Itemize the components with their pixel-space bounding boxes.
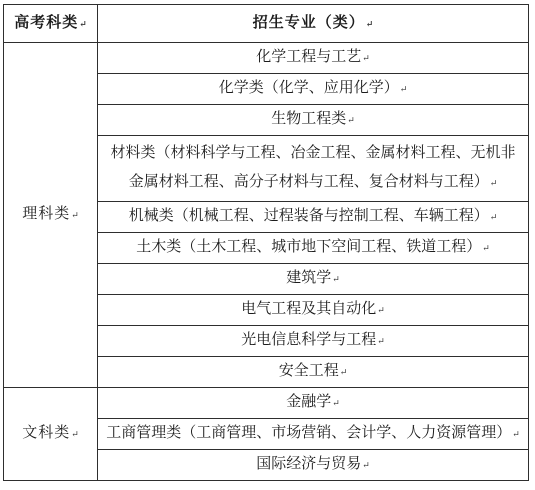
paragraph-mark-icon: ↵ xyxy=(400,84,408,94)
major-cell: 金融学↵ xyxy=(98,388,529,419)
major-text: 机械类（机械工程、过程装备与控制工程、车辆工程） xyxy=(129,208,489,224)
major-text-line2: 金属材料工程、高分子材料与工程、复合材料与工程） xyxy=(129,174,489,190)
paragraph-mark-icon: ↵ xyxy=(79,19,87,29)
major-cell: 化学工程与工艺↵ xyxy=(98,43,529,74)
major-cell: 电气工程及其自动化↵ xyxy=(98,295,529,326)
major-cell: 光电信息科学与工程↵ xyxy=(98,326,529,357)
major-cell: 建筑学↵ xyxy=(98,264,529,295)
paragraph-mark-icon: ↵ xyxy=(490,212,498,222)
major-cell: 材料类（材料科学与工程、冶金工程、金属材料工程、无机非 金属材料工程、高分子材料… xyxy=(98,136,529,202)
header-majors-label: 招生专业（类） xyxy=(253,15,365,31)
paragraph-mark-icon: ↵ xyxy=(362,53,370,63)
admission-majors-table: 高考科类↵ 招生专业（类）↵ 理科类↵ 化学工程与工艺↵ 化学类（化学、应用化学… xyxy=(3,4,529,481)
major-cell: 安全工程↵ xyxy=(98,357,529,388)
header-cell-exam-category: 高考科类↵ xyxy=(4,5,98,43)
paragraph-mark-icon: ↵ xyxy=(490,178,498,188)
table-row: 理科类↵ 化学工程与工艺↵ xyxy=(4,43,529,74)
major-cell: 生物工程类↵ xyxy=(98,105,529,136)
major-text: 国际经济与贸易 xyxy=(256,456,361,472)
paragraph-mark-icon: ↵ xyxy=(377,305,385,315)
major-text: 光电信息科学与工程 xyxy=(241,332,376,348)
category-label-liberal-arts: 文科类 xyxy=(22,425,70,441)
major-cell: 化学类（化学、应用化学）↵ xyxy=(98,74,529,105)
category-cell-liberal-arts: 文科类↵ xyxy=(4,388,98,481)
major-text-line1: 材料类（材料科学与工程、冶金工程、金属材料工程、无机非 xyxy=(110,145,515,161)
paragraph-mark-icon: ↵ xyxy=(347,115,355,125)
table-header-row: 高考科类↵ 招生专业（类）↵ xyxy=(4,5,529,43)
paragraph-mark-icon: ↵ xyxy=(71,429,79,439)
major-text: 电气工程及其自动化 xyxy=(241,301,376,317)
major-cell: 机械类（机械工程、过程装备与控制工程、车辆工程）↵ xyxy=(98,202,529,233)
major-text: 安全工程 xyxy=(279,363,339,379)
major-text: 建筑学 xyxy=(286,270,331,286)
major-text: 生物工程类 xyxy=(271,111,346,127)
paragraph-mark-icon: ↵ xyxy=(377,336,385,346)
major-cell: 工商管理类（工商管理、市场营销、会计学、人力资源管理）↵ xyxy=(98,419,529,450)
category-cell-science: 理科类↵ xyxy=(4,43,98,388)
paragraph-mark-icon: ↵ xyxy=(71,210,79,220)
table-row: 文科类↵ 金融学↵ xyxy=(4,388,529,419)
header-cell-majors: 招生专业（类）↵ xyxy=(98,5,529,43)
major-text: 化学类（化学、应用化学） xyxy=(219,80,399,96)
major-text: 土木类（土木工程、城市地下空间工程、铁道工程） xyxy=(136,239,481,255)
header-exam-category-label: 高考科类 xyxy=(14,15,78,31)
paragraph-mark-icon: ↵ xyxy=(332,398,340,408)
category-label-science: 理科类 xyxy=(22,206,70,222)
paragraph-mark-icon: ↵ xyxy=(366,19,374,29)
paragraph-mark-icon: ↵ xyxy=(332,274,340,284)
paragraph-mark-icon: ↵ xyxy=(362,460,370,470)
major-text: 工商管理类（工商管理、市场营销、会计学、人力资源管理） xyxy=(106,425,511,441)
major-text: 金融学 xyxy=(286,394,331,410)
major-cell: 土木类（土木工程、城市地下空间工程、铁道工程）↵ xyxy=(98,233,529,264)
major-text: 化学工程与工艺 xyxy=(256,49,361,65)
paragraph-mark-icon: ↵ xyxy=(340,367,348,377)
paragraph-mark-icon: ↵ xyxy=(512,429,520,439)
major-cell: 国际经济与贸易↵ xyxy=(98,450,529,481)
paragraph-mark-icon: ↵ xyxy=(482,243,490,253)
